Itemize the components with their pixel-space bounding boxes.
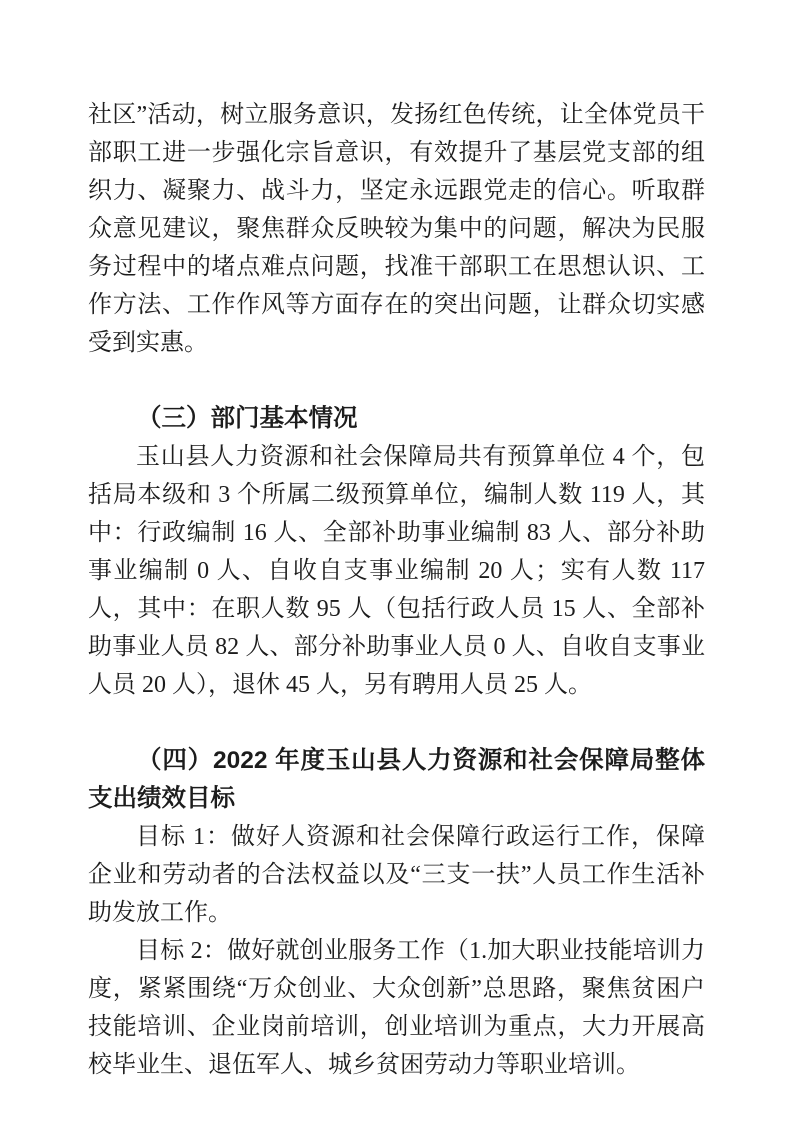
section-3-paragraph: 玉山县人力资源和社会保障局共有预算单位 4 个，包括局本级和 3 个所属二级预算… <box>88 438 705 704</box>
goal-2-paragraph: 目标 2：做好就创业服务工作（1.加大职业技能培训力度，紧紧围绕“万众创业、大众… <box>88 932 705 1084</box>
goal-1-paragraph: 目标 1：做好人资源和社会保障行政运行工作，保障企业和劳动者的合法权益以及“三支… <box>88 818 705 932</box>
paragraph-continuation: 社区”活动，树立服务意识，发扬红色传统，让全体党员干部职工进一步强化宗旨意识，有… <box>88 96 705 362</box>
section-heading-3: （三）部门基本情况 <box>88 400 705 438</box>
document-page: 社区”活动，树立服务意识，发扬红色传统，让全体党员干部职工进一步强化宗旨意识，有… <box>0 0 793 1122</box>
section-heading-4: （四）2022 年度玉山县人力资源和社会保障局整体支出绩效目标 <box>88 742 705 818</box>
